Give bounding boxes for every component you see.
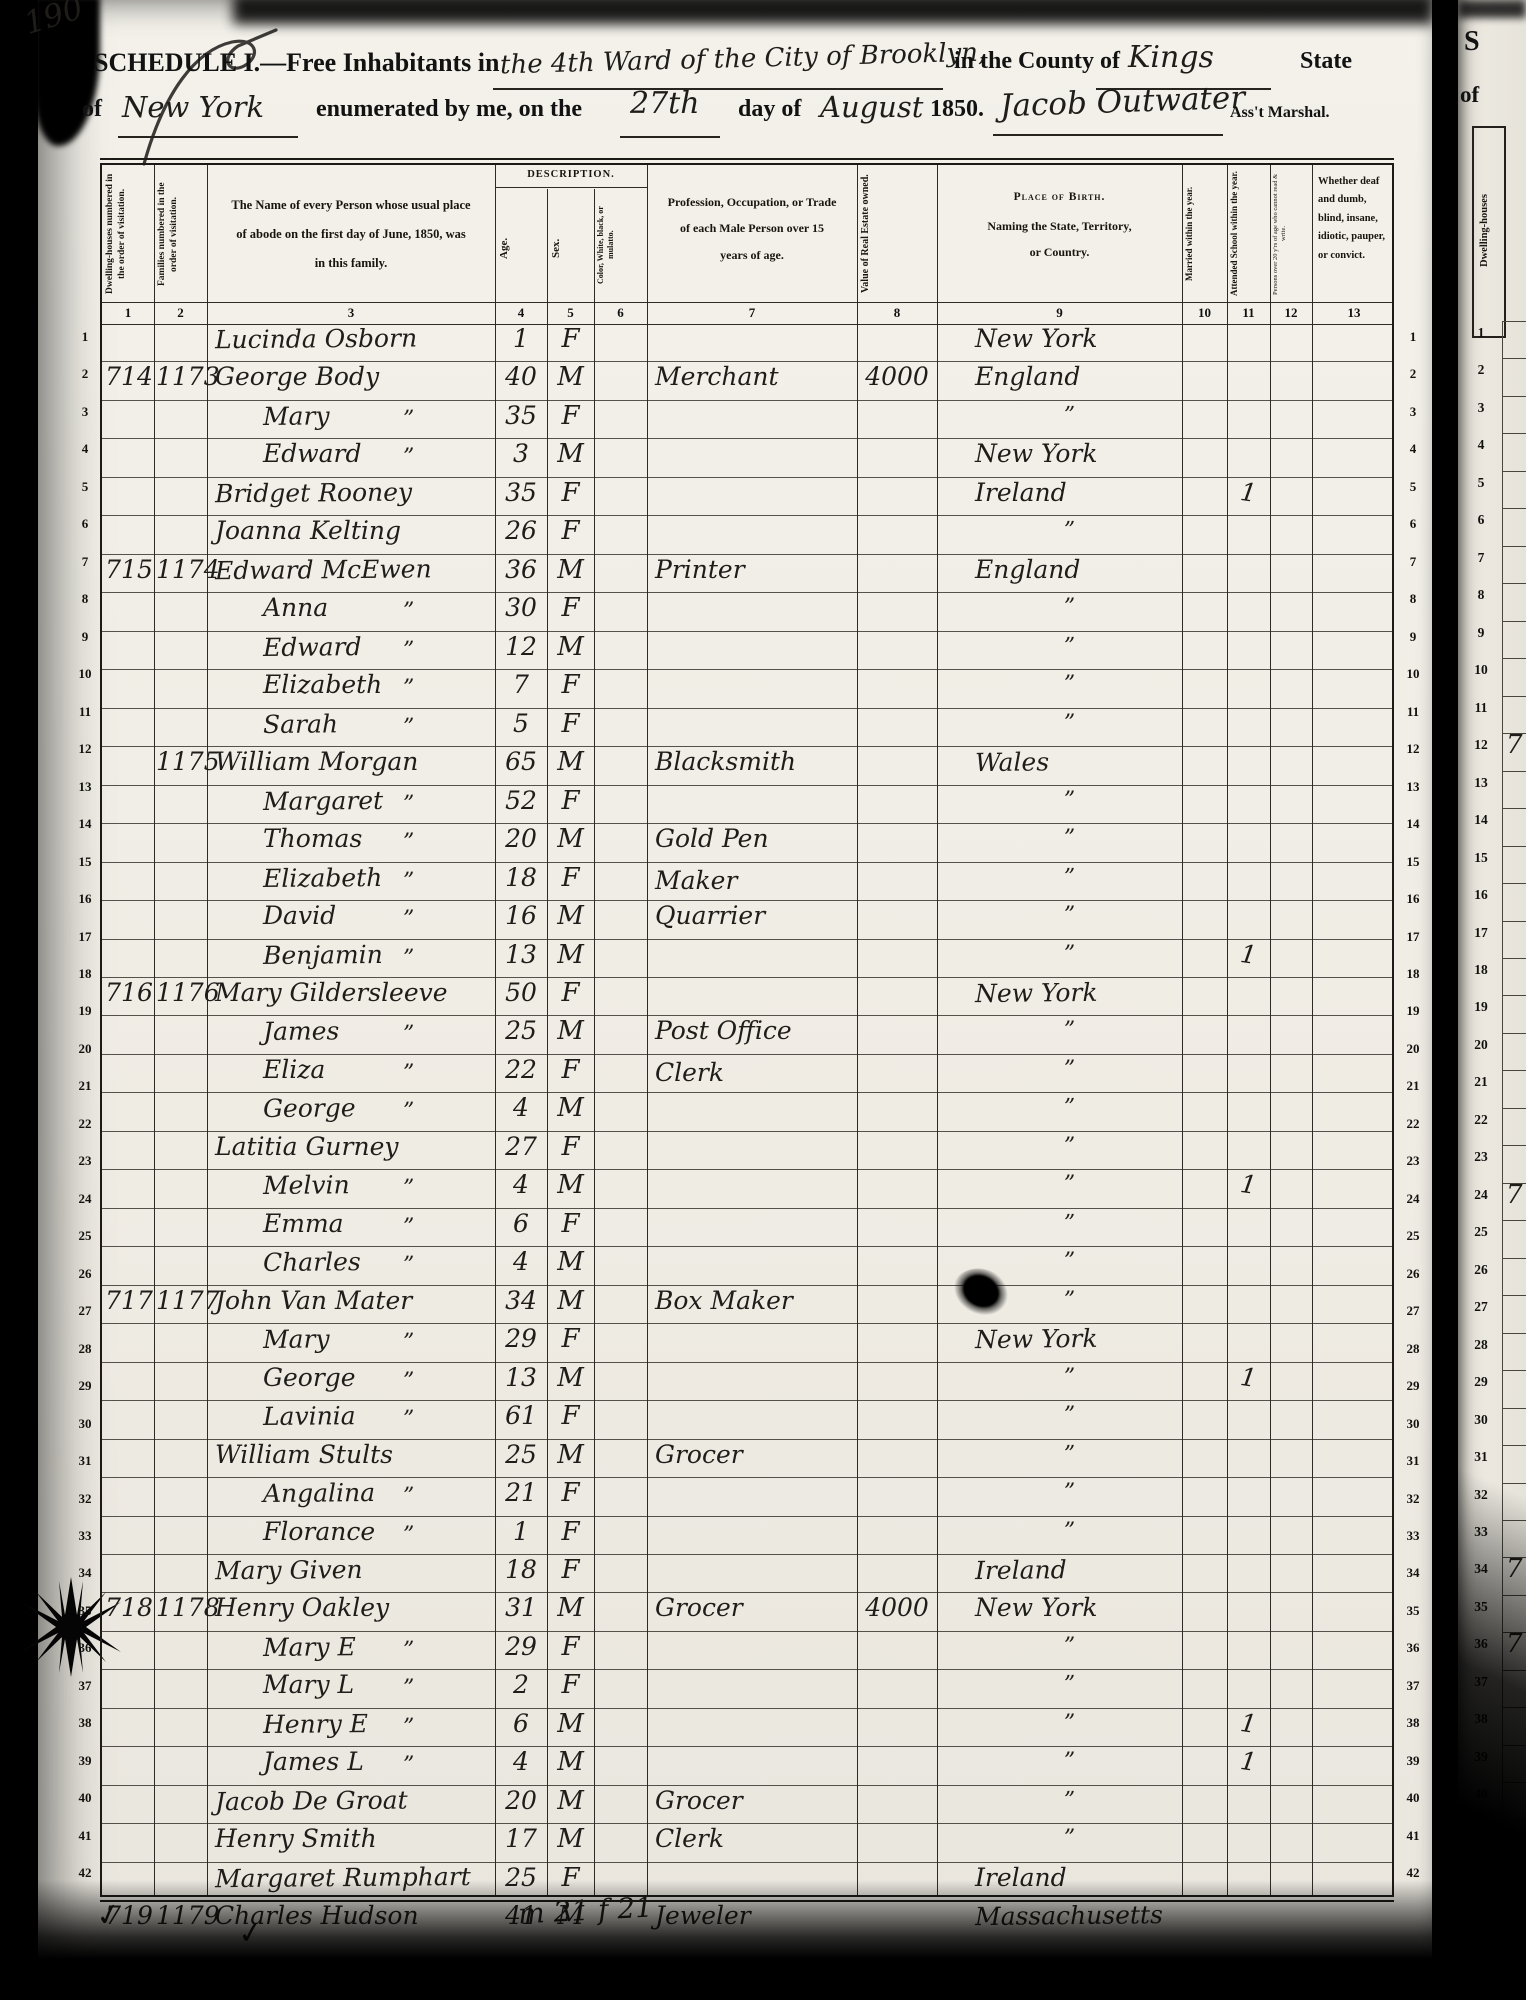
cell-sex: F <box>547 1049 594 1089</box>
cell-family-number <box>156 1703 207 1743</box>
next-page-line-number: 4 <box>1466 437 1496 453</box>
cell-family-number <box>156 934 207 974</box>
cell-sex: F <box>547 703 594 743</box>
cell-birthplace: ” <box>957 509 1182 551</box>
cell-sex: F <box>547 780 594 820</box>
col-header-name: The Name of every Person whose usual pla… <box>207 191 495 277</box>
cell-sex: M <box>547 818 594 858</box>
line-number: 7 <box>70 547 100 584</box>
cell-dwelling-number: 715 <box>104 549 154 589</box>
cell-dwelling-number <box>104 1010 154 1050</box>
person-name: Henry E <box>263 1709 368 1739</box>
cell-occupation <box>655 664 855 704</box>
cell-dwelling-number <box>104 395 154 435</box>
row-rule <box>1502 358 1526 359</box>
cell-occupation <box>655 395 855 435</box>
cell-real-estate-value <box>857 395 937 435</box>
person-name: Mary L <box>263 1670 354 1699</box>
cell-birthplace: ” <box>957 895 1182 935</box>
cell-real-estate-value <box>857 587 937 627</box>
census-table: DESCRIPTION. Dwelling-houses numbered in… <box>100 163 1394 1897</box>
line-number: 9 <box>70 622 100 659</box>
line-number: 12 <box>1398 734 1428 771</box>
cell-sex: M <box>547 1741 594 1781</box>
next-page-line-number: 3 <box>1466 400 1496 416</box>
line-number: 5 <box>1398 472 1428 509</box>
cell-family-number <box>156 1010 207 1050</box>
cell-sex: F <box>547 1511 594 1551</box>
cell-dwelling-number <box>104 1087 154 1127</box>
cell-name: Mary Given <box>207 1548 503 1591</box>
cell-sex: F <box>547 1664 594 1704</box>
cell-occupation <box>655 1241 855 1281</box>
row-rule <box>1502 508 1526 509</box>
cell-dwelling-number <box>104 1434 154 1474</box>
person-name: George <box>263 1363 356 1392</box>
next-page-line-number: 21 <box>1466 1074 1496 1090</box>
cell-real-estate-value <box>857 1741 937 1781</box>
cell-occupation <box>655 587 855 627</box>
cell-sex: M <box>547 1010 594 1050</box>
cell-birthplace: ” <box>957 587 1182 627</box>
month-handwriting: August <box>820 90 923 124</box>
cell-birthplace: ” <box>957 1741 1182 1781</box>
person-name: Mary Given <box>215 1555 363 1585</box>
next-page-partial-title: S <box>1464 26 1480 58</box>
next-page-line-number: 8 <box>1466 587 1496 603</box>
line-number: 6 <box>70 509 100 546</box>
cell-dwelling-number <box>104 1818 154 1858</box>
cell-name: Henry Smith <box>207 1818 503 1858</box>
cell-occupation <box>655 1126 855 1166</box>
col-header-age: Age. <box>498 199 544 297</box>
next-page-line-number: 2 <box>1466 362 1496 378</box>
cell-birthplace: New York <box>957 318 1200 358</box>
cell-age: 17 <box>495 1818 547 1858</box>
line-number: 21 <box>70 1071 100 1108</box>
cell-family-number: 1174 <box>156 549 207 589</box>
cell-family-number <box>156 1664 207 1704</box>
line-number: 17 <box>70 922 100 959</box>
cell-family-number <box>156 1318 207 1358</box>
row-rule <box>1502 1370 1526 1371</box>
next-page-handwritten-mark: 7 <box>1506 730 1523 760</box>
cell-sex: F <box>547 1203 594 1243</box>
marshal-handwriting: Jacob Outwater <box>999 80 1245 125</box>
cell-sex: F <box>547 1549 594 1589</box>
next-page-line-number: 11 <box>1466 700 1496 716</box>
cell-dwelling-number <box>104 934 154 974</box>
cell-occupation <box>655 1472 855 1512</box>
cell-sex: F <box>547 1318 594 1358</box>
line-number: 16 <box>70 884 100 921</box>
cell-age: 50 <box>495 972 547 1012</box>
cell-sex: F <box>547 1626 594 1666</box>
cell-family-number <box>156 1741 207 1781</box>
cell-real-estate-value <box>857 1318 937 1358</box>
cell-birthplace: ” <box>957 703 1182 743</box>
cell-birthplace: ” <box>957 664 1182 704</box>
cell-birthplace: ” <box>957 1086 1182 1128</box>
cell-occupation <box>655 1664 855 1704</box>
line-number: 33 <box>1398 1521 1428 1558</box>
col-header-cannot-read: Persons over 20 y'rs of age who cannot r… <box>1272 170 1310 298</box>
cell-birthplace: ” <box>957 625 1182 667</box>
line-number: 28 <box>1398 1334 1428 1371</box>
cell-age: 12 <box>495 626 547 666</box>
col-header-name-line3: in this family. <box>207 249 495 278</box>
cell-sex: M <box>547 1587 594 1627</box>
line-number: 39 <box>1398 1746 1428 1783</box>
next-page-row: 3 <box>1458 397 1526 434</box>
cell-real-estate-value <box>857 1549 937 1589</box>
col-header-dwelling: Dwelling-houses numbered in the order of… <box>105 170 151 298</box>
cell-real-estate-value <box>857 1087 937 1127</box>
cell-dwelling-number <box>104 857 154 897</box>
cell-birthplace: ” <box>957 934 1182 974</box>
cell-name: John Van Mater <box>207 1280 503 1320</box>
next-page-row: 27 <box>1458 1296 1526 1333</box>
cell-sex: M <box>547 1703 594 1743</box>
cell-real-estate-value <box>857 895 937 935</box>
cell-dwelling-number <box>104 1511 154 1551</box>
line-number: 41 <box>70 1821 100 1858</box>
cell-family-number: 1173 <box>156 356 207 396</box>
cell-family-number <box>156 1087 207 1127</box>
line-number: 24 <box>70 1184 100 1221</box>
cell-real-estate-value <box>857 741 937 781</box>
cell-dwelling-number <box>104 895 154 935</box>
cell-family-number <box>156 780 207 820</box>
line-number: 14 <box>1398 809 1428 846</box>
next-page-row: 127 <box>1458 734 1526 771</box>
cell-sex: F <box>547 587 594 627</box>
person-name: Bridget Rooney <box>215 477 412 508</box>
cell-age: 30 <box>495 587 547 627</box>
cell-sex: M <box>547 1357 594 1397</box>
cell-family-number <box>156 1203 207 1243</box>
cell-occupation: Blacksmith <box>655 741 855 781</box>
cell-sex: F <box>547 510 594 550</box>
census-page-scan: 190 SCHEDULE I.—Free Inhabitants in the … <box>38 0 1432 1958</box>
line-number: 23 <box>1398 1146 1428 1183</box>
row-rule <box>1502 1295 1526 1296</box>
cell-name: William Morgan <box>207 741 503 781</box>
row-rule <box>1502 433 1526 434</box>
cell-occupation: Clerk <box>655 1818 855 1858</box>
next-page-line-number: 1 <box>1466 325 1496 341</box>
next-page-row: 18 <box>1458 959 1526 996</box>
cell-occupation <box>655 472 855 512</box>
line-number: 7 <box>1398 547 1428 584</box>
next-page-row: 21 <box>1458 1071 1526 1108</box>
cell-real-estate-value <box>857 318 937 358</box>
next-page-row: 11 <box>1458 697 1526 734</box>
scan-top-shadow <box>233 0 1433 24</box>
col-header-birthplace-line2: or Country. <box>937 245 1182 260</box>
line-number: 34 <box>70 1558 100 1595</box>
cell-birthplace: England <box>957 356 1200 396</box>
cell-dwelling-number <box>104 472 154 512</box>
cell-birthplace: ” <box>957 1779 1182 1821</box>
county-label: in the County of <box>954 48 1120 75</box>
cell-age: 16 <box>495 895 547 935</box>
cell-birthplace: ” <box>957 1818 1182 1858</box>
cell-occupation: Box Maker <box>655 1280 855 1320</box>
cell-sex: F <box>547 318 594 358</box>
cell-real-estate-value <box>857 703 937 743</box>
cell-name: Mary Gildersleeve <box>207 972 503 1012</box>
line-number: 19 <box>70 996 100 1033</box>
cell-sex: F <box>547 1472 594 1512</box>
person-name: James <box>263 1017 340 1047</box>
cell-real-estate-value <box>857 857 937 897</box>
cell-dwelling-number <box>104 1049 154 1089</box>
cell-occupation <box>655 318 855 358</box>
cell-family-number <box>156 1241 207 1281</box>
col-header-school: Attended School within the year. <box>1229 170 1268 298</box>
line-number: 12 <box>70 734 100 771</box>
cell-real-estate-value <box>857 472 937 512</box>
cell-birthplace: New York <box>957 433 1200 473</box>
next-page-row: 7 <box>1458 547 1526 584</box>
cell-family-number <box>156 1780 207 1820</box>
cell-occupation: Grocer <box>655 1587 855 1627</box>
cell-occupation <box>655 433 855 473</box>
cell-real-estate-value <box>857 780 937 820</box>
cell-dwelling-number <box>104 703 154 743</box>
col-header-name-line1: The Name of every Person whose usual pla… <box>207 191 495 220</box>
row-rule <box>1502 321 1526 322</box>
line-number: 11 <box>70 697 100 734</box>
cell-real-estate-value <box>857 1203 937 1243</box>
cell-age: 7 <box>495 664 547 704</box>
next-page-row: 8 <box>1458 584 1526 621</box>
next-page-line-number: 14 <box>1466 812 1496 828</box>
next-page-row: 10 <box>1458 659 1526 696</box>
cell-age: 34 <box>495 1280 547 1320</box>
row-rule <box>1502 846 1526 847</box>
cell-family-number <box>156 433 207 473</box>
person-name: Emma <box>263 1209 344 1238</box>
row-rule <box>1502 396 1526 397</box>
line-number: 3 <box>1398 397 1428 434</box>
cell-family-number: 1178 <box>156 1587 207 1627</box>
line-number: 20 <box>70 1034 100 1071</box>
cell-family-number <box>156 1472 207 1512</box>
cell-birthplace: ” <box>957 1126 1182 1166</box>
cell-family-number <box>156 587 207 627</box>
cell-family-number <box>156 664 207 704</box>
cell-birthplace: ” <box>957 818 1182 858</box>
col-header-profession-line3: years of age. <box>647 242 857 268</box>
cell-family-number <box>156 895 207 935</box>
col-header-condition: Whether deaf and dumb, blind, insane, id… <box>1318 173 1392 265</box>
day-of-label: day of <box>738 96 801 123</box>
person-name: Lavinia <box>263 1401 356 1431</box>
cell-occupation <box>655 972 855 1012</box>
cell-occupation: Printer <box>655 549 855 589</box>
cell-occupation: Quarrier <box>655 895 855 935</box>
cell-real-estate-value <box>857 664 937 704</box>
next-page-line-number: 23 <box>1466 1149 1496 1165</box>
cell-family-number <box>156 395 207 435</box>
cell-birthplace: Wales <box>957 740 1200 783</box>
line-number: 22 <box>1398 1109 1428 1146</box>
cell-birthplace: Ireland <box>957 472 1200 512</box>
next-page-line-number: 5 <box>1466 475 1496 491</box>
cell-name: Bridget Rooney <box>207 471 503 514</box>
line-number: 22 <box>70 1109 100 1146</box>
row-rule <box>1502 583 1526 584</box>
next-page-row: 2 <box>1458 359 1526 396</box>
cell-occupation: Merchant <box>655 356 855 396</box>
cell-age: 4 <box>495 1741 547 1781</box>
cell-family-number <box>156 857 207 897</box>
line-number: 39 <box>70 1746 100 1783</box>
description-rule <box>495 187 647 188</box>
line-number: 2 <box>70 359 100 396</box>
col-header-sex: Sex. <box>550 199 590 297</box>
person-name: William Stults <box>215 1440 393 1469</box>
next-page-line-number: 27 <box>1466 1299 1496 1315</box>
line-number: 8 <box>70 584 100 621</box>
person-name: Sarah <box>263 709 338 739</box>
person-name: Florance <box>263 1517 375 1546</box>
cell-dwelling-number <box>104 1780 154 1820</box>
cell-sex: M <box>547 549 594 589</box>
line-number: 29 <box>1398 1371 1428 1408</box>
cell-occupation <box>655 1164 855 1204</box>
cell-occupation <box>655 934 855 974</box>
col-number-6: 6 <box>594 303 647 324</box>
line-number: 3 <box>70 397 100 434</box>
next-page-line-number: 16 <box>1466 887 1496 903</box>
line-number: 38 <box>1398 1708 1428 1745</box>
cell-dwelling-number <box>104 587 154 627</box>
cell-birthplace: ” <box>957 1663 1182 1705</box>
next-page-row: 4 <box>1458 434 1526 471</box>
cell-sex: F <box>547 857 594 897</box>
year-label: 1850. <box>930 96 984 123</box>
cell-sex: F <box>547 664 594 704</box>
cell-sex: M <box>547 356 594 396</box>
left-line-numbers: 1234567891011121314151617181920212223242… <box>70 322 100 1896</box>
next-page-line-number: 19 <box>1466 999 1496 1015</box>
next-page-row: 9 <box>1458 622 1526 659</box>
cell-age: 2 <box>495 1664 547 1704</box>
col-header-name-line2: of abode on the first day of June, 1850,… <box>207 220 495 249</box>
line-number: 34 <box>1398 1558 1428 1595</box>
cell-sex: F <box>547 1395 594 1435</box>
cell-real-estate-value <box>857 433 937 473</box>
cell-age: 1 <box>495 318 547 358</box>
cell-dwelling-number: 716 <box>104 972 154 1012</box>
line-number: 30 <box>1398 1409 1428 1446</box>
next-page-handwritten-mark: 7 <box>1506 1180 1523 1210</box>
line-number: 9 <box>1398 622 1428 659</box>
next-page-line-number: 26 <box>1466 1262 1496 1278</box>
line-number: 21 <box>1398 1071 1428 1108</box>
person-name: Margaret <box>263 786 383 816</box>
col-header-real-estate: Value of Real Estate owned. <box>860 170 934 298</box>
next-page-dwelling-header: Dwelling-houses <box>1472 126 1506 338</box>
cell-age: 35 <box>495 395 547 435</box>
cell-birthplace: ” <box>957 855 1182 897</box>
cell-occupation <box>655 780 855 820</box>
line-number: 33 <box>70 1521 100 1558</box>
person-name: George Body <box>215 362 379 391</box>
cell-age: 40 <box>495 356 547 396</box>
next-page-row: 19 <box>1458 996 1526 1033</box>
cell-occupation: Grocer <box>655 1780 855 1820</box>
line-number: 15 <box>1398 847 1428 884</box>
cell-birthplace: ” <box>957 1010 1182 1050</box>
line-number: 35 <box>70 1596 100 1633</box>
cell-dwelling-number <box>104 318 154 358</box>
cell-occupation <box>655 1626 855 1666</box>
next-page-row: 22 <box>1458 1109 1526 1146</box>
cell-occupation <box>655 1049 855 1089</box>
cell-occupation <box>655 510 855 550</box>
row-rule <box>1502 696 1526 697</box>
cell-family-number <box>156 818 207 858</box>
person-name: John Van Mater <box>215 1286 412 1315</box>
cell-real-estate-value <box>857 549 937 589</box>
next-page-line-number: 24 <box>1466 1187 1496 1203</box>
of-label: of <box>82 96 102 123</box>
line-number: 1 <box>1398 322 1428 359</box>
next-page-line-number: 20 <box>1466 1037 1496 1053</box>
cell-family-number <box>156 1549 207 1589</box>
line-number: 31 <box>1398 1446 1428 1483</box>
cell-birthplace: New York <box>957 971 1200 1014</box>
cell-sex: M <box>547 433 594 473</box>
cell-sex: M <box>547 934 594 974</box>
cell-age: 65 <box>495 741 547 781</box>
cell-real-estate-value <box>857 972 937 1012</box>
cell-dwelling-number <box>104 1164 154 1204</box>
person-name: Edward <box>263 439 362 468</box>
cell-real-estate-value <box>857 1164 937 1204</box>
cell-age: 6 <box>495 1703 547 1743</box>
cell-real-estate-value <box>857 1357 937 1397</box>
cell-sex: M <box>547 1780 594 1820</box>
cell-real-estate-value <box>857 1664 937 1704</box>
cell-age: 26 <box>495 510 547 550</box>
cell-family-number <box>156 1626 207 1666</box>
person-name: Melvin <box>263 1171 350 1201</box>
cell-dwelling-number <box>104 741 154 781</box>
cell-birthplace: ” <box>957 1357 1182 1397</box>
cell-sex: M <box>547 1087 594 1127</box>
row-rule <box>1502 658 1526 659</box>
col-header-profession: Profession, Occupation, or Trade of each… <box>647 189 857 268</box>
cell-birthplace: ” <box>957 1049 1182 1089</box>
person-name: James L <box>263 1747 364 1776</box>
line-number: 23 <box>70 1146 100 1183</box>
next-page-line-number: 7 <box>1466 550 1496 566</box>
row-rule <box>1502 1070 1526 1071</box>
cell-real-estate-value <box>857 1126 937 1166</box>
cell-age: 22 <box>495 1049 547 1089</box>
cell-real-estate-value <box>857 1241 937 1281</box>
cell-name: Edward McEwen <box>207 548 503 591</box>
next-page-line-number: 12 <box>1466 737 1496 753</box>
line-number: 10 <box>1398 659 1428 696</box>
cell-age: 35 <box>495 472 547 512</box>
cell-sex: F <box>547 972 594 1012</box>
